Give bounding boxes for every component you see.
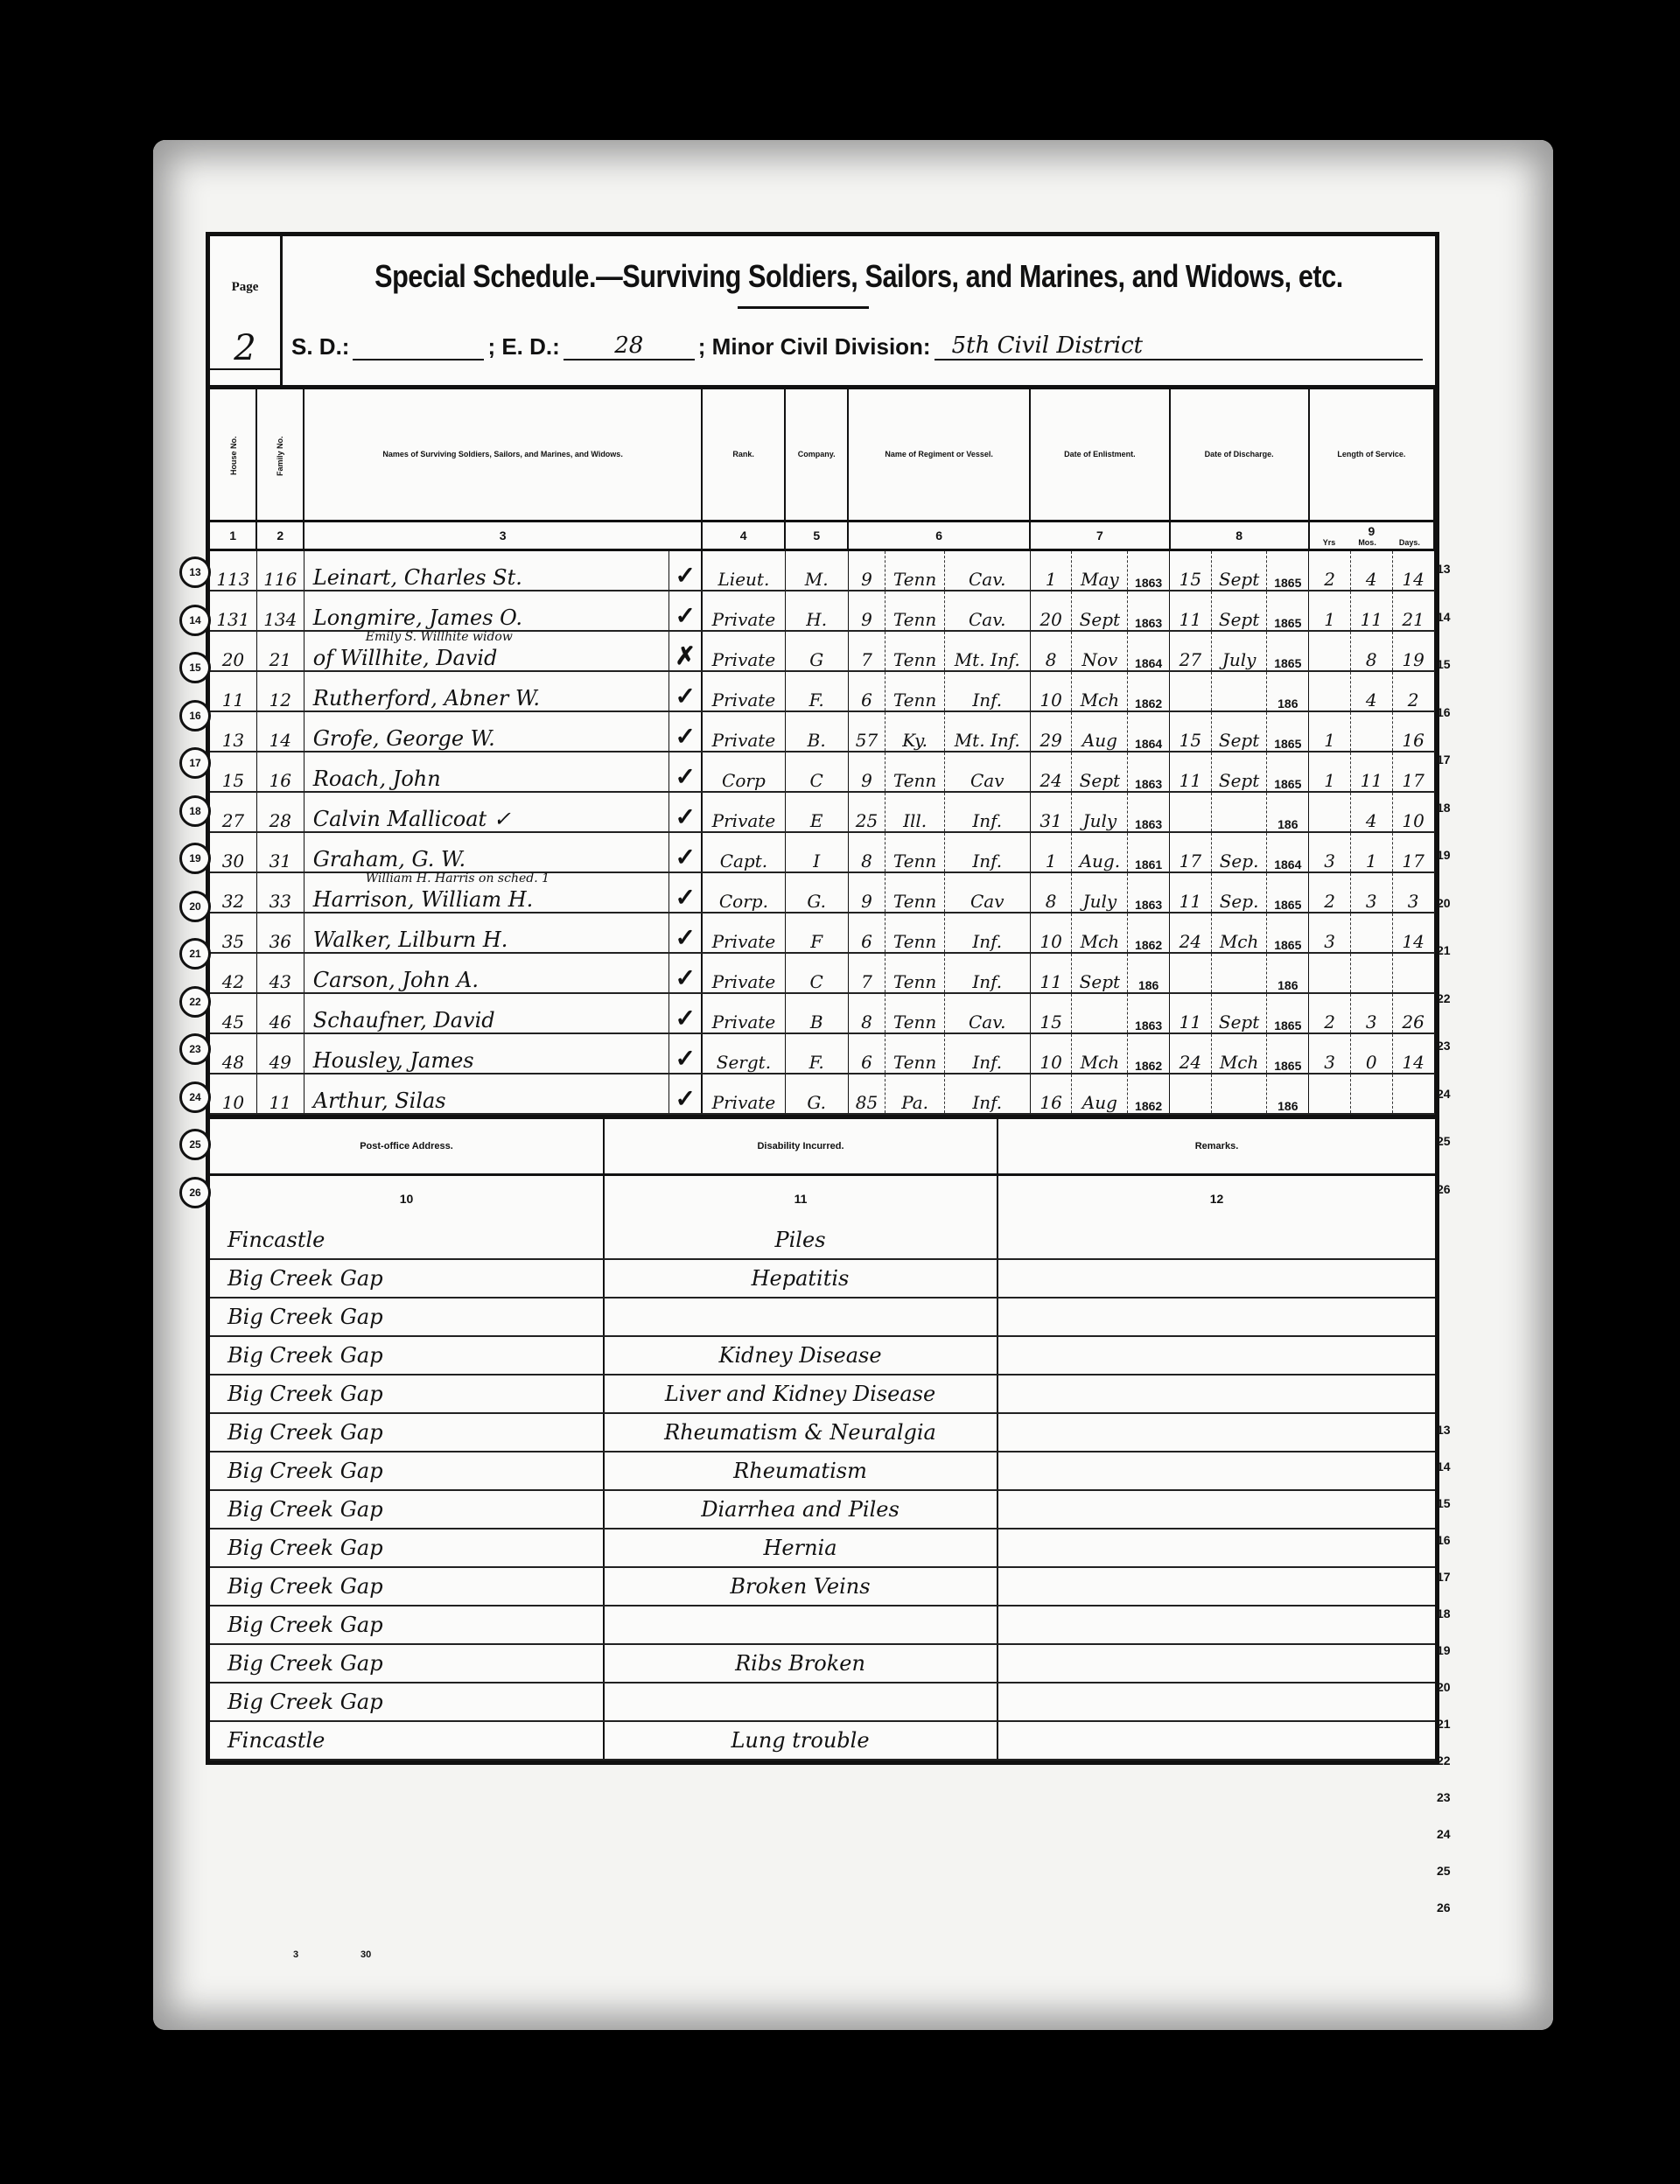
cell-family: 31 — [256, 832, 304, 872]
cell-yrs — [1309, 1074, 1351, 1114]
header-post-office: Post-office Address. — [210, 1116, 604, 1174]
cell-name: Rutherford, Abner W. — [304, 671, 669, 711]
cell-mark: ✓ — [669, 1074, 702, 1114]
cell-remarks — [997, 1644, 1435, 1683]
circled-line-number: 14 — [179, 605, 211, 636]
cell-rank: Lieut. — [702, 549, 785, 591]
cell-reg-type: Inf. — [944, 1074, 1030, 1114]
cell-dis-month — [1211, 671, 1267, 711]
cell-family: 14 — [256, 711, 304, 752]
address-row: Big Creek GapLiver and Kidney Disease — [210, 1375, 1435, 1413]
cell-rank: Corp — [702, 752, 785, 792]
cell-enl-day: 8 — [1030, 872, 1072, 913]
soldier-name: Carson, John A. — [313, 968, 479, 992]
table-row: 131134Longmire, James O.✓PrivateH.9TennC… — [210, 591, 1434, 631]
cell-rank: Private — [702, 792, 785, 832]
cell-dis-month — [1211, 953, 1267, 993]
cell-house: 113 — [210, 549, 256, 591]
cell-mark: ✓ — [669, 953, 702, 993]
cell-enl-year: 1862 — [1128, 1074, 1170, 1114]
cell-house: 35 — [210, 913, 256, 953]
address-row: FincastlePiles — [210, 1221, 1435, 1259]
cell-dis-month: Sep. — [1211, 832, 1267, 872]
cell-reg-state: Tenn — [885, 549, 944, 591]
cell-days: 14 — [1392, 549, 1434, 591]
cell-enl-month: Sept — [1072, 591, 1128, 631]
cell-company: C — [785, 953, 848, 993]
cell-mos: 4 — [1350, 671, 1392, 711]
cell-dis-year: 186 — [1267, 792, 1309, 832]
cell-address: Big Creek Gap — [210, 1644, 604, 1683]
cell-days: 26 — [1392, 993, 1434, 1033]
cell-enl-year: 1863 — [1128, 549, 1170, 591]
cell-mark: ✓ — [669, 913, 702, 953]
cell-disability: Rheumatism — [604, 1452, 997, 1490]
cell-family: 11 — [256, 1074, 304, 1114]
address-table: Post-office Address. Disability Incurred… — [210, 1115, 1435, 1760]
table-row: 1516Roach, John✓CorpC9TennCav24Sept18631… — [210, 752, 1434, 792]
cell-yrs: 2 — [1309, 993, 1351, 1033]
cell-reg-state: Tenn — [885, 832, 944, 872]
cell-dis-year: 1865 — [1267, 549, 1309, 591]
cell-mos: 8 — [1350, 631, 1392, 671]
cell-remarks — [997, 1221, 1435, 1259]
cell-yrs: 2 — [1309, 872, 1351, 913]
cell-enl-month — [1072, 993, 1128, 1033]
cell-dis-year: 1864 — [1267, 832, 1309, 872]
cell-reg-state: Tenn — [885, 591, 944, 631]
cell-mos — [1350, 711, 1392, 752]
cell-reg-no: 6 — [848, 913, 885, 953]
cell-name: Arthur, Silas — [304, 1074, 669, 1114]
cell-family: 36 — [256, 913, 304, 953]
right-line-number: 20 — [1437, 896, 1451, 910]
right-line-number: 18 — [1437, 801, 1451, 815]
right-line-number: 24 — [1437, 1087, 1451, 1101]
ed-label: ; E. D.: — [487, 333, 559, 360]
cell-disability — [604, 1298, 997, 1336]
table-row: 113116Leinart, Charles St.✓Lieut.M.9Tenn… — [210, 549, 1434, 591]
soldier-name: Calvin Mallicoat ✓ — [313, 807, 511, 831]
cell-company: B. — [785, 711, 848, 752]
cell-mos: 3 — [1350, 872, 1392, 913]
cell-rank: Capt. — [702, 832, 785, 872]
cell-reg-no: 9 — [848, 752, 885, 792]
cell-address: Big Creek Gap — [210, 1567, 604, 1606]
cell-reg-type: Inf. — [944, 671, 1030, 711]
cell-mos: 1 — [1350, 832, 1392, 872]
sub-mos: Mos. — [1358, 538, 1376, 547]
cell-name: Longmire, James O. — [304, 591, 669, 631]
cell-name: Walker, Lilburn H. — [304, 913, 669, 953]
cell-dis-month: Mch — [1211, 1033, 1267, 1074]
cell-name: Grofe, George W. — [304, 711, 669, 752]
cell-reg-type: Cav. — [944, 993, 1030, 1033]
cell-dis-year: 1865 — [1267, 591, 1309, 631]
cell-enl-year: 1863 — [1128, 872, 1170, 913]
cell-reg-no: 9 — [848, 591, 885, 631]
cell-family: 134 — [256, 591, 304, 631]
cell-company: B — [785, 993, 848, 1033]
lower-line-number: 22 — [1437, 1753, 1451, 1767]
address-row: Big Creek GapRibs Broken — [210, 1644, 1435, 1683]
cell-name: Housley, James — [304, 1033, 669, 1074]
cell-remarks — [997, 1413, 1435, 1452]
cell-mos — [1350, 953, 1392, 993]
lower-line-number: 26 — [1437, 1900, 1451, 1914]
cell-reg-no: 85 — [848, 1074, 885, 1114]
cell-reg-type: Cav. — [944, 549, 1030, 591]
cell-disability: Hernia — [604, 1529, 997, 1567]
header-regiment: Name of Regiment or Vessel. — [848, 389, 1030, 521]
circled-line-number: 24 — [179, 1081, 211, 1113]
cell-family: 16 — [256, 752, 304, 792]
cell-dis-year: 186 — [1267, 671, 1309, 711]
table-row: 3536Walker, Lilburn H.✓PrivateF6TennInf.… — [210, 913, 1434, 953]
cell-rank: Private — [702, 591, 785, 631]
circled-line-number: 22 — [179, 986, 211, 1018]
cell-enl-day: 29 — [1030, 711, 1072, 752]
cell-mark: ✗ — [669, 631, 702, 671]
cell-rank: Private — [702, 953, 785, 993]
cell-disability — [604, 1606, 997, 1644]
cell-address: Big Creek Gap — [210, 1490, 604, 1529]
cell-dis-day — [1170, 1074, 1212, 1114]
header-names: Names of Surviving Soldiers, Sailors, an… — [304, 389, 702, 521]
cell-house: 15 — [210, 752, 256, 792]
cell-family: 33 — [256, 872, 304, 913]
cell-rank: Private — [702, 711, 785, 752]
cell-dis-day: 15 — [1170, 711, 1212, 752]
cell-enl-year: 1864 — [1128, 711, 1170, 752]
cell-disability: Diarrhea and Piles — [604, 1490, 997, 1529]
cell-name: Roach, John — [304, 752, 669, 792]
cell-company: G. — [785, 1074, 848, 1114]
cell-dis-month — [1211, 792, 1267, 832]
cell-disability: Liver and Kidney Disease — [604, 1375, 997, 1413]
cell-disability: Rheumatism & Neuralgia — [604, 1413, 997, 1452]
cell-reg-type: Cav — [944, 752, 1030, 792]
lower-line-number: 14 — [1437, 1459, 1451, 1473]
cell-dis-month: Sep. — [1211, 872, 1267, 913]
header-discharge: Date of Discharge. — [1170, 389, 1309, 521]
cell-dis-month — [1211, 1074, 1267, 1114]
cell-disability — [604, 1683, 997, 1721]
col-num-11: 11 — [604, 1174, 997, 1221]
cell-enl-month: Sept — [1072, 752, 1128, 792]
lower-line-number: 23 — [1437, 1790, 1451, 1804]
cell-house: 131 — [210, 591, 256, 631]
address-row: Big Creek GapBroken Veins — [210, 1567, 1435, 1606]
cell-dis-day: 15 — [1170, 549, 1212, 591]
cell-remarks — [997, 1606, 1435, 1644]
right-line-number: 17 — [1437, 752, 1451, 766]
cell-disability: Broken Veins — [604, 1567, 997, 1606]
circled-line-number: 16 — [179, 700, 211, 731]
lower-line-number: 25 — [1437, 1864, 1451, 1878]
cell-dis-month: Sept — [1211, 591, 1267, 631]
cell-dis-month: Sept — [1211, 711, 1267, 752]
cell-dis-month: July — [1211, 631, 1267, 671]
cell-address: Big Creek Gap — [210, 1375, 604, 1413]
cell-remarks — [997, 1375, 1435, 1413]
address-row: Big Creek GapDiarrhea and Piles — [210, 1490, 1435, 1529]
table-row: 3233William H. Harris on sched. 1Harriso… — [210, 872, 1434, 913]
col-num-4: 4 — [702, 521, 785, 549]
cell-reg-state: Tenn — [885, 671, 944, 711]
address-row: Big Creek GapRheumatism & Neuralgia — [210, 1413, 1435, 1452]
cell-name: Emily S. Willhite widowof Willhite, Davi… — [304, 631, 669, 671]
cell-yrs: 2 — [1309, 549, 1351, 591]
sd-label: S. D.: — [291, 333, 349, 360]
cell-disability: Lung trouble — [604, 1721, 997, 1760]
cell-yrs: 3 — [1309, 1033, 1351, 1074]
cell-dis-day: 11 — [1170, 752, 1212, 792]
soldier-name: Graham, G. W. — [313, 847, 465, 871]
soldier-name: Schaufner, David — [313, 1008, 495, 1032]
soldier-name: Longmire, James O. — [313, 605, 522, 630]
circled-line-number: 15 — [179, 652, 211, 683]
cell-name: Calvin Mallicoat ✓ — [304, 792, 669, 832]
cell-mos — [1350, 913, 1392, 953]
cell-reg-state: Tenn — [885, 953, 944, 993]
circled-line-number: 20 — [179, 891, 211, 922]
cell-yrs — [1309, 953, 1351, 993]
cell-reg-type: Mt. Inf. — [944, 711, 1030, 752]
page-box: Page 2 — [210, 236, 283, 385]
cell-mark: ✓ — [669, 832, 702, 872]
right-line-number: 25 — [1437, 1134, 1451, 1148]
cell-dis-year: 1865 — [1267, 913, 1309, 953]
cell-yrs — [1309, 671, 1351, 711]
cell-house: 48 — [210, 1033, 256, 1074]
circled-line-number: 13 — [179, 556, 211, 588]
table-row: 3031Graham, G. W.✓Capt.I8TennInf.1Aug.18… — [210, 832, 1434, 872]
address-row: Big Creek Gap — [210, 1298, 1435, 1336]
cell-dis-month: Sept — [1211, 752, 1267, 792]
right-line-number: 21 — [1437, 943, 1451, 957]
cell-remarks — [997, 1490, 1435, 1529]
cell-dis-day: 11 — [1170, 872, 1212, 913]
soldier-name: of Willhite, David — [313, 646, 498, 670]
cell-reg-state: Tenn — [885, 631, 944, 671]
cell-rank: Private — [702, 913, 785, 953]
cell-address: Fincastle — [210, 1221, 604, 1259]
cell-house: 32 — [210, 872, 256, 913]
cell-days: 2 — [1392, 671, 1434, 711]
soldier-name: Arthur, Silas — [313, 1088, 446, 1113]
cell-enl-day: 1 — [1030, 549, 1072, 591]
right-line-number: 14 — [1437, 610, 1451, 624]
circled-line-number: 19 — [179, 843, 211, 874]
cell-days: 10 — [1392, 792, 1434, 832]
cell-reg-no: 6 — [848, 671, 885, 711]
cell-family: 21 — [256, 631, 304, 671]
cell-reg-no: 9 — [848, 549, 885, 591]
cell-house: 10 — [210, 1074, 256, 1114]
cell-mark: ✓ — [669, 671, 702, 711]
lower-line-number: 21 — [1437, 1717, 1451, 1731]
header-enlistment: Date of Enlistment. — [1030, 389, 1169, 521]
cell-reg-no: 8 — [848, 832, 885, 872]
title-rule — [738, 306, 869, 309]
cell-reg-state: Pa. — [885, 1074, 944, 1114]
cell-yrs: 1 — [1309, 711, 1351, 752]
cell-reg-no: 9 — [848, 872, 885, 913]
cell-enl-day: 24 — [1030, 752, 1072, 792]
cell-enl-year: 1861 — [1128, 832, 1170, 872]
address-row: Big Creek GapKidney Disease — [210, 1336, 1435, 1375]
cell-reg-no: 7 — [848, 631, 885, 671]
header-remarks: Remarks. — [997, 1116, 1435, 1174]
address-row: Big Creek GapHernia — [210, 1529, 1435, 1567]
cell-enl-day: 10 — [1030, 913, 1072, 953]
cell-enl-day: 16 — [1030, 1074, 1072, 1114]
cell-days: 19 — [1392, 631, 1434, 671]
cell-days — [1392, 1074, 1434, 1114]
cell-enl-year: 1863 — [1128, 752, 1170, 792]
cell-days — [1392, 953, 1434, 993]
cell-days: 14 — [1392, 1033, 1434, 1074]
cell-dis-day — [1170, 671, 1212, 711]
header-family-no: Family No. — [256, 389, 304, 521]
address-row: Big Creek Gap — [210, 1683, 1435, 1721]
right-line-number: 22 — [1437, 991, 1451, 1005]
cell-mos: 11 — [1350, 591, 1392, 631]
cell-reg-type: Inf. — [944, 832, 1030, 872]
cell-enl-year: 1862 — [1128, 913, 1170, 953]
cell-reg-state: Ill. — [885, 792, 944, 832]
cell-company: I — [785, 832, 848, 872]
cell-reg-state: Tenn — [885, 1033, 944, 1074]
lower-line-number: 15 — [1437, 1496, 1451, 1510]
cell-mark: ✓ — [669, 549, 702, 591]
cell-dis-day — [1170, 792, 1212, 832]
col-num-3: 3 — [304, 521, 702, 549]
cell-reg-type: Inf. — [944, 1033, 1030, 1074]
cell-mark: ✓ — [669, 872, 702, 913]
cell-days: 3 — [1392, 872, 1434, 913]
right-line-number: 19 — [1437, 848, 1451, 862]
cell-house: 45 — [210, 993, 256, 1033]
cell-address: Big Creek Gap — [210, 1336, 604, 1375]
cell-rank: Private — [702, 671, 785, 711]
cell-reg-type: Mt. Inf. — [944, 631, 1030, 671]
table-row: 2728Calvin Mallicoat ✓✓PrivateE25Ill.Inf… — [210, 792, 1434, 832]
header-house-no: House No. — [210, 389, 256, 521]
cell-enl-month: Mch — [1072, 671, 1128, 711]
district-line: S. D.: ; E. D.: 28 ; Minor Civil Divisio… — [291, 332, 1426, 360]
col-num-7: 7 — [1030, 521, 1169, 549]
cell-reg-no: 8 — [848, 993, 885, 1033]
cell-enl-day: 8 — [1030, 631, 1072, 671]
cell-company: H. — [785, 591, 848, 631]
cell-days: 16 — [1392, 711, 1434, 752]
cell-address: Big Creek Gap — [210, 1413, 604, 1452]
right-line-number: 15 — [1437, 657, 1451, 671]
cell-enl-month: Aug. — [1072, 832, 1128, 872]
cell-remarks — [997, 1336, 1435, 1375]
cell-reg-no: 7 — [848, 953, 885, 993]
form-header: Page 2 Special Schedule.—Surviving Soldi… — [210, 236, 1435, 389]
cell-mos: 4 — [1350, 549, 1392, 591]
cell-enl-year: 1863 — [1128, 591, 1170, 631]
lower-line-number: 20 — [1437, 1680, 1451, 1694]
cell-remarks — [997, 1259, 1435, 1298]
cell-enl-day: 20 — [1030, 591, 1072, 631]
cell-disability: Ribs Broken — [604, 1644, 997, 1683]
sub-yrs: Yrs — [1323, 538, 1336, 547]
cell-yrs — [1309, 631, 1351, 671]
col-num-10: 10 — [210, 1174, 604, 1221]
cell-house: 20 — [210, 631, 256, 671]
cell-reg-type: Cav — [944, 872, 1030, 913]
header-disability: Disability Incurred. — [604, 1116, 997, 1174]
cell-company: G. — [785, 872, 848, 913]
cell-mos: 3 — [1350, 993, 1392, 1033]
cell-enl-month: Nov — [1072, 631, 1128, 671]
cell-dis-year: 1865 — [1267, 872, 1309, 913]
soldier-name: Leinart, Charles St. — [313, 565, 522, 590]
col-num-9: 9 Yrs Mos. Days. — [1309, 521, 1434, 549]
cell-house: 27 — [210, 792, 256, 832]
cell-yrs: 3 — [1309, 832, 1351, 872]
soldier-name: Harrison, William H. — [313, 887, 534, 912]
header-company: Company. — [785, 389, 848, 521]
table-row: 1314Grofe, George W.✓PrivateB.57Ky.Mt. I… — [210, 711, 1434, 752]
cell-mark: ✓ — [669, 752, 702, 792]
cell-family: 49 — [256, 1033, 304, 1074]
address-rows: FincastlePilesBig Creek GapHepatitisBig … — [210, 1221, 1435, 1760]
cell-dis-month: Mch — [1211, 913, 1267, 953]
cell-days: 17 — [1392, 832, 1434, 872]
cell-dis-year: 1865 — [1267, 752, 1309, 792]
mcd-value: 5th Civil District — [934, 332, 1423, 360]
address-row: Big Creek Gap — [210, 1606, 1435, 1644]
cell-rank: Sergt. — [702, 1033, 785, 1074]
cell-dis-day: 24 — [1170, 913, 1212, 953]
cell-mark: ✓ — [669, 993, 702, 1033]
soldiers-rows: 113116Leinart, Charles St.✓Lieut.M.9Tenn… — [210, 549, 1434, 1114]
soldier-name: Housley, James — [313, 1048, 474, 1073]
cell-address: Big Creek Gap — [210, 1452, 604, 1490]
table-row: 4243Carson, John A.✓PrivateC7TennInf.11S… — [210, 953, 1434, 993]
cell-remarks — [997, 1452, 1435, 1490]
cell-mark: ✓ — [669, 591, 702, 631]
cell-remarks — [997, 1298, 1435, 1336]
cell-company: C — [785, 752, 848, 792]
cell-house: 11 — [210, 671, 256, 711]
cell-enl-day: 10 — [1030, 1033, 1072, 1074]
cell-rank: Corp. — [702, 872, 785, 913]
right-line-number: 26 — [1437, 1182, 1451, 1196]
cell-disability: Hepatitis — [604, 1259, 997, 1298]
cell-enl-month: July — [1072, 872, 1128, 913]
table-row: 1011Arthur, Silas✓PrivateG.85Pa.Inf.16Au… — [210, 1074, 1434, 1114]
footer-left: 3 — [293, 1949, 298, 1960]
header-rank: Rank. — [702, 389, 785, 521]
right-line-number: 16 — [1437, 705, 1451, 719]
cell-reg-state: Tenn — [885, 872, 944, 913]
name-annotation: William H. Harris on sched. 1 — [366, 871, 549, 885]
lower-line-number: 18 — [1437, 1606, 1451, 1620]
cell-mos: 0 — [1350, 1033, 1392, 1074]
cell-company: G — [785, 631, 848, 671]
cell-address: Fincastle — [210, 1721, 604, 1760]
cell-yrs — [1309, 792, 1351, 832]
cell-reg-type: Cav. — [944, 591, 1030, 631]
cell-yrs: 1 — [1309, 591, 1351, 631]
